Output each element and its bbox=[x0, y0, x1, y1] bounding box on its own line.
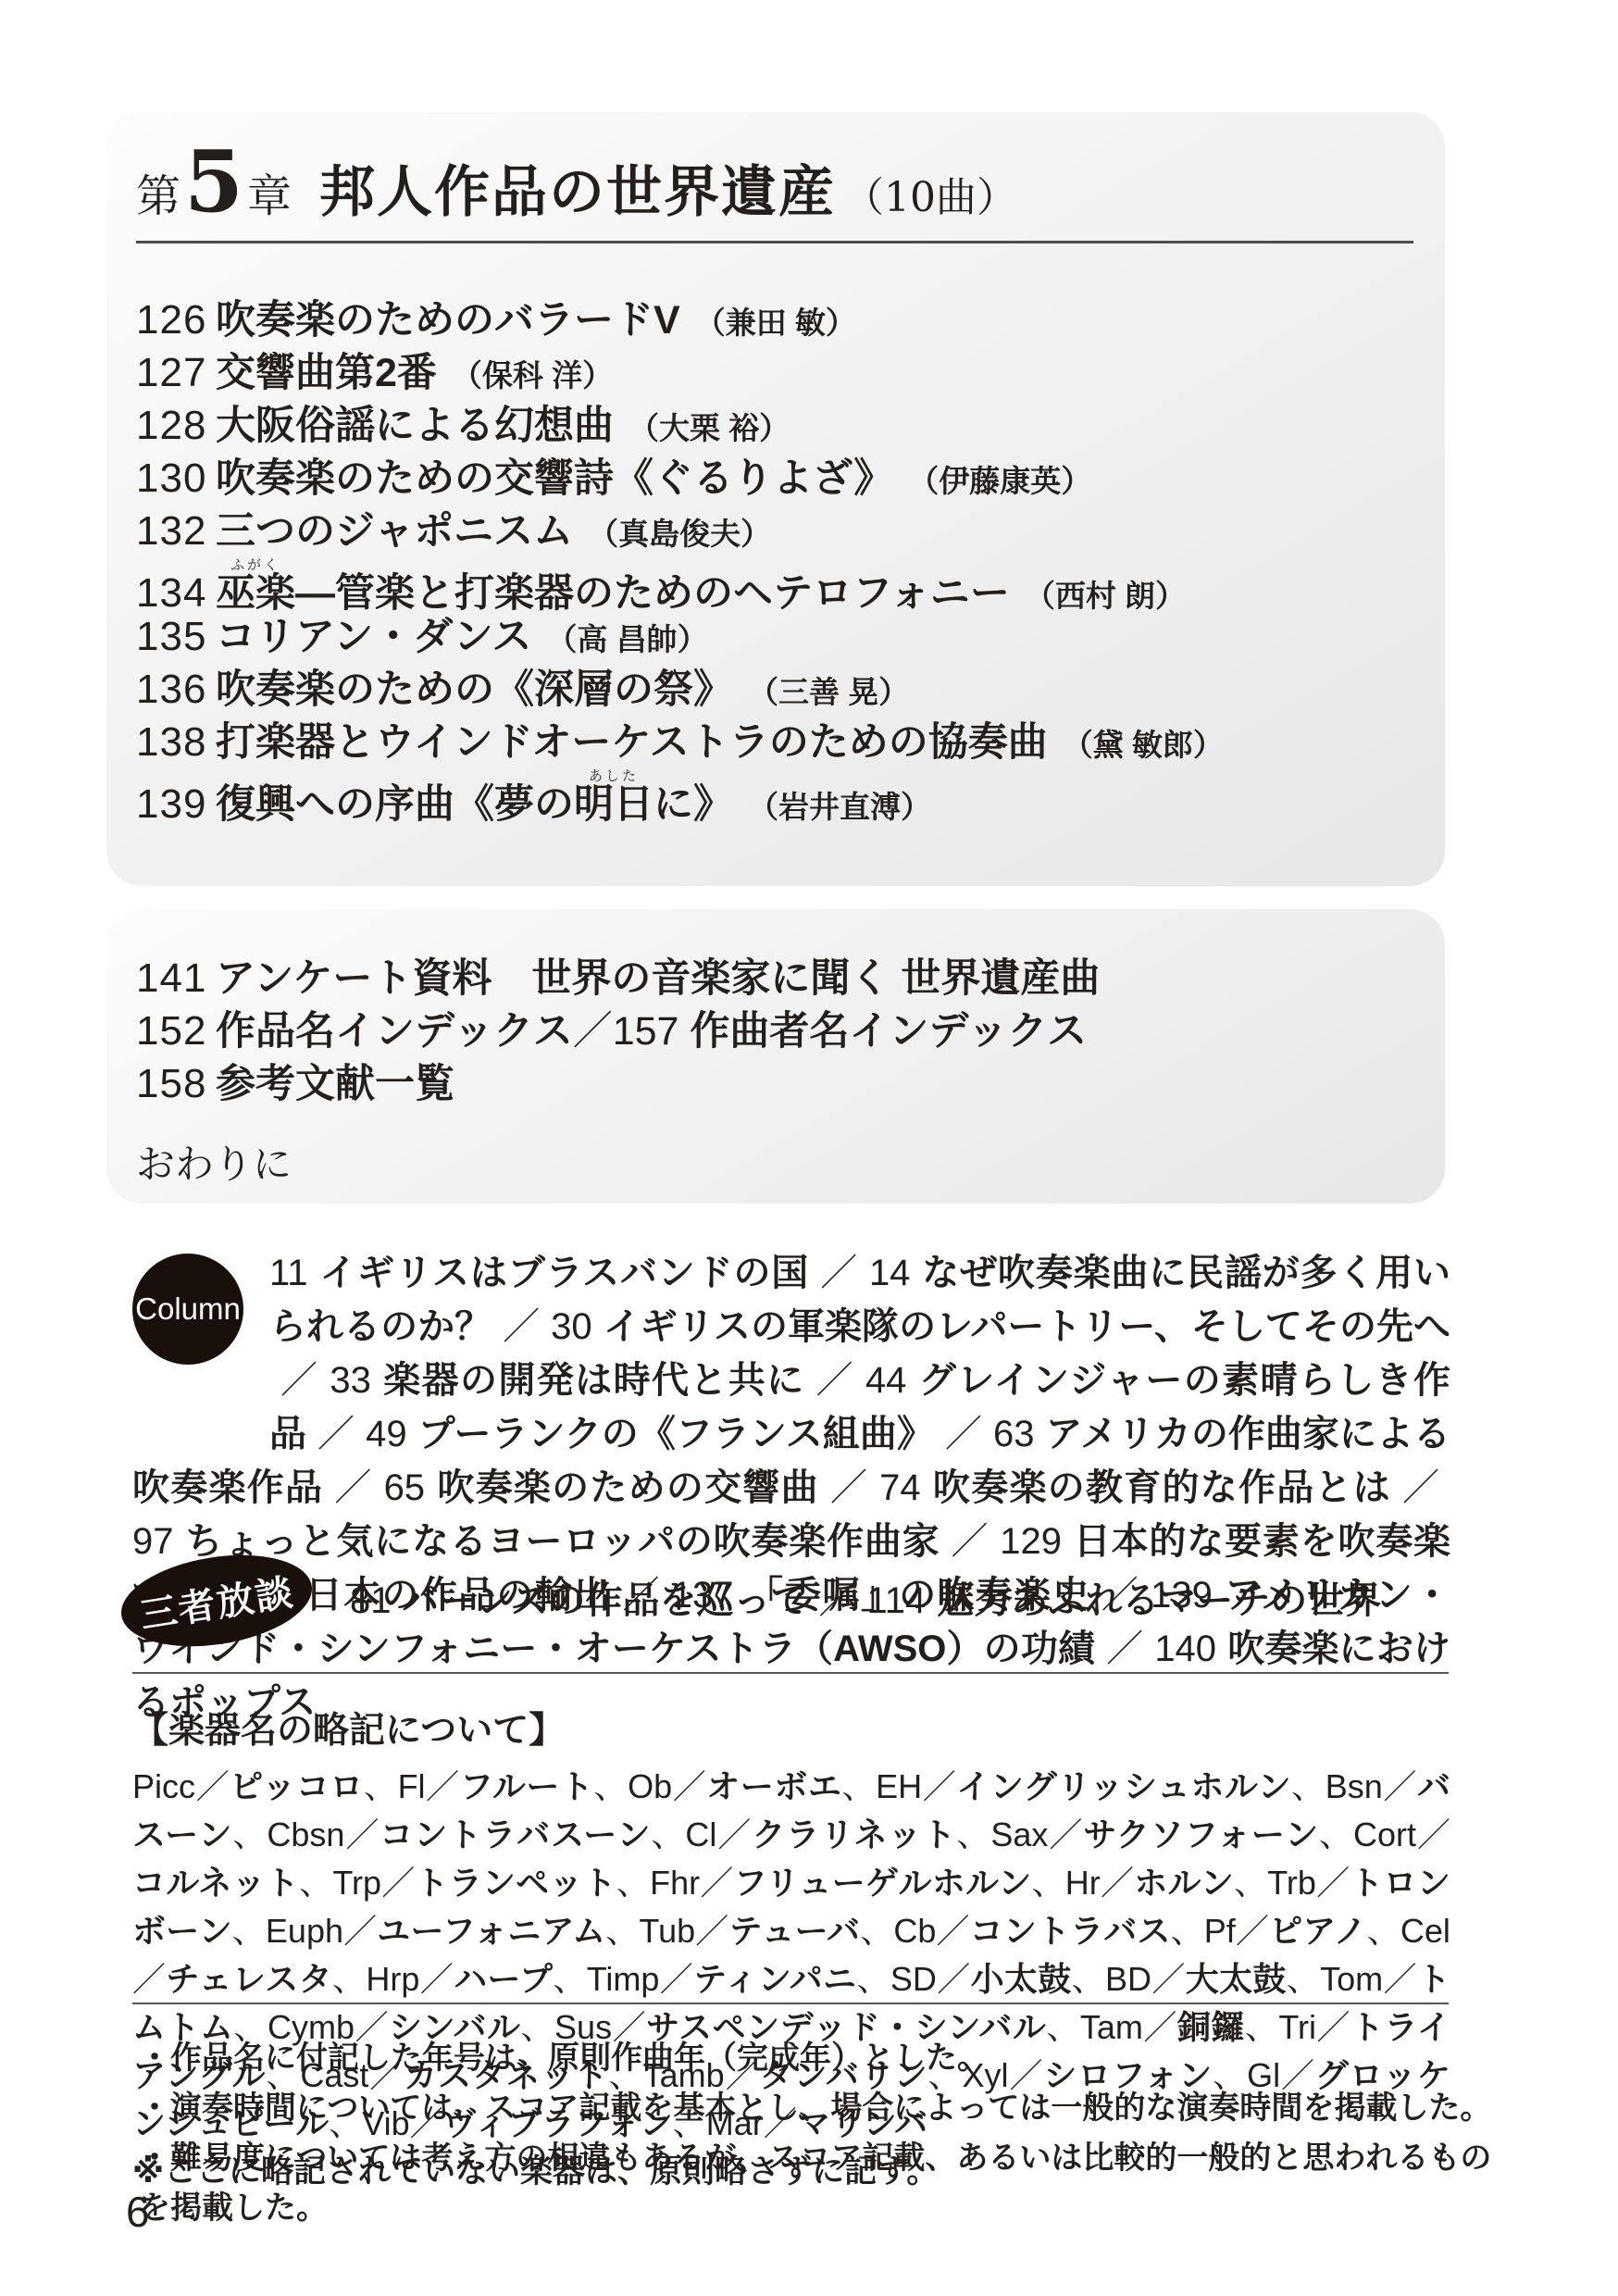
entry-separator: ／ bbox=[830, 1467, 868, 1508]
page-number: 6 bbox=[126, 2187, 150, 2237]
toc-composer: （西村 朗） bbox=[1025, 569, 1186, 622]
toc-title: 交響曲第2番 bbox=[216, 347, 437, 400]
abbreviation-pair: Ob／オーボエ bbox=[628, 1767, 841, 1805]
toc-page-number: 138 bbox=[136, 716, 216, 768]
toc-title-ruby: 巫楽ふがく bbox=[216, 571, 295, 616]
abbr-code: Fl bbox=[398, 1767, 426, 1805]
comma-separator: 、 bbox=[1319, 1816, 1353, 1853]
column-section: Column 11イギリスはブラスバンドの国／14なぜ吹奏楽曲に民謡が多く用いら… bbox=[132, 1246, 1450, 1729]
sansha-entries: 81バーンズの作品を巡って／114魅力あふれるマーチの世界 bbox=[350, 1574, 1381, 1628]
entry-page-number: 11 bbox=[269, 1253, 308, 1293]
entry-page-number: 74 bbox=[879, 1467, 921, 1508]
toc-item: 126 吹奏楽のためのバラードV （兼田 敏） bbox=[136, 293, 1413, 346]
toc-item: 138 打楽器とウインドオーケストラのための協奏曲 （黛 敏郎） bbox=[136, 716, 1413, 768]
toc-composer: （伊藤康英） bbox=[908, 455, 1091, 507]
toc-page-number: 141 bbox=[136, 952, 216, 1004]
toc-item: 139 復興への序曲《夢の明日あしたに》 （岩井直溥） bbox=[136, 768, 1413, 821]
abbreviation-pair: Tub／テューバ bbox=[639, 1912, 860, 1950]
abbr-name: イングリッシュホルン bbox=[956, 1767, 1291, 1805]
slash-separator: ／ bbox=[1151, 1960, 1186, 1998]
toc-page-number: 127 bbox=[136, 346, 216, 399]
toc-title: 参考文献一覧 bbox=[216, 1058, 454, 1111]
comma-separator: 、 bbox=[1367, 1912, 1400, 1950]
toc-composer: （大栗 裕） bbox=[629, 402, 790, 455]
slash-separator: ／ bbox=[672, 1767, 706, 1805]
slash-separator: ／ bbox=[1383, 1960, 1417, 1998]
abbr-code: Fhr bbox=[650, 1864, 700, 1902]
toc-item: 136 吹奏楽のための《深層の祭》 （三善 晃） bbox=[136, 663, 1413, 716]
abbr-code: Picc bbox=[132, 1767, 195, 1805]
toc-item: 134 巫楽ふがく―管楽と打楽器のためのヘテロフォニー （西村 朗） bbox=[136, 557, 1413, 610]
toc-composer: （高 昌帥） bbox=[546, 613, 707, 666]
slash-separator: ／ bbox=[922, 1767, 956, 1805]
toc-item: 127 交響曲第2番 （保科 洋） bbox=[136, 346, 1413, 399]
note-line: ・作品名に付記した年号は、原則作曲年（完成年）とした。 bbox=[139, 2033, 1509, 2083]
abbr-code: Trb bbox=[1267, 1864, 1316, 1902]
entry-title: 魅力あふれるマーチの世界 bbox=[937, 1580, 1381, 1621]
entry-separator: ／ bbox=[951, 1521, 989, 1562]
comma-separator: 、 bbox=[232, 1912, 266, 1950]
toc-item: 132 三つのジャポニスム （真島俊夫） bbox=[136, 505, 1413, 557]
toc-title: 吹奏楽のための交響詩《ぐるりよざ》 bbox=[216, 453, 893, 505]
slash-separator: ／ bbox=[695, 1912, 728, 1950]
entry-page-number: 44 bbox=[865, 1360, 907, 1401]
toc-page-number: 136 bbox=[136, 663, 216, 716]
entry-page-number: 81 bbox=[350, 1580, 392, 1621]
chapter-suffix: 章 bbox=[247, 160, 292, 224]
comma-separator: 、 bbox=[1291, 1767, 1326, 1805]
abbr-name: ハープ bbox=[454, 1960, 553, 1998]
chapter-song-count: （10曲） bbox=[843, 164, 1017, 223]
toc-item: 152 作品名インデックス／157 作曲者名インデックス bbox=[136, 1004, 1413, 1057]
comma-separator: 、 bbox=[299, 1864, 332, 1902]
entry-title: イギリスの軍楽隊のレパートリー、そしてその先へ bbox=[604, 1306, 1450, 1347]
slash-separator: ／ bbox=[573, 1009, 613, 1054]
book-toc-page: { "chapter": { "prefix": "第", "number": … bbox=[0, 0, 1618, 2296]
slash-separator: ／ bbox=[1416, 1816, 1450, 1853]
column-entry: 65吹奏楽のための交響曲 bbox=[384, 1467, 819, 1508]
slash-separator: ／ bbox=[1101, 1864, 1134, 1902]
entry-page-number: 63 bbox=[993, 1414, 1035, 1454]
sansha-entry: 81バーンズの作品を巡って bbox=[350, 1580, 808, 1621]
abbreviation-pair: Cl／クラリネット bbox=[685, 1816, 956, 1853]
abbr-code: Cl bbox=[685, 1816, 716, 1853]
toc-item: 141 アンケート資料 世界の音楽家に聞く 世界遺産曲 bbox=[136, 952, 1413, 1004]
column-entry: 30イギリスの軍楽隊のレパートリー、そしてその先へ bbox=[551, 1306, 1450, 1347]
sansha-hodan-badge: 三者放談 bbox=[115, 1542, 318, 1658]
slash-separator: ／ bbox=[132, 1960, 166, 1998]
column-entry: 74吹奏楽の教育的な作品とは bbox=[879, 1467, 1391, 1508]
comma-separator: 、 bbox=[1234, 1864, 1267, 1902]
toc-title: 復興への序曲《夢の明日あしたに》 bbox=[216, 768, 733, 831]
toc-title: 吹奏楽のための《深層の祭》 bbox=[216, 664, 733, 717]
abbr-code: Hrp bbox=[366, 1960, 419, 1998]
comma-separator: 、 bbox=[553, 1960, 586, 1998]
entry-page-number: 30 bbox=[551, 1306, 592, 1347]
entry-title: 吹奏楽のための交響曲 bbox=[436, 1467, 819, 1508]
abbr-code: Tom bbox=[1320, 1960, 1383, 1998]
entry-title: プーランクの《フランス組曲》 bbox=[418, 1414, 934, 1454]
comma-separator: 、 bbox=[364, 1767, 398, 1805]
toc-page-number: 132 bbox=[136, 505, 216, 557]
notes-section: ・作品名に付記した年号は、原則作曲年（完成年）とした。 ・演奏時間については、ス… bbox=[139, 2033, 1509, 2233]
entry-title: 楽器の開発は時代と共に bbox=[382, 1360, 805, 1401]
entry-page-number: 33 bbox=[330, 1360, 371, 1401]
abbr-code: Pf bbox=[1204, 1912, 1236, 1950]
slash-separator: ／ bbox=[381, 1864, 415, 1902]
abbr-code: Cort bbox=[1353, 1816, 1416, 1853]
toc-page-number: 130 bbox=[136, 452, 216, 505]
abbreviation-pair: Cb／コントラバス bbox=[893, 1912, 1170, 1950]
abbr-name: クラリネット bbox=[752, 1816, 956, 1853]
abbr-name: トランペット bbox=[415, 1864, 616, 1902]
entry-title: バーンズの作品を巡って bbox=[403, 1580, 808, 1621]
toc-composer: （兼田 敏） bbox=[695, 296, 856, 349]
comma-separator: 、 bbox=[1287, 1960, 1320, 1998]
abbr-code: Cbsn bbox=[267, 1816, 344, 1853]
entry-separator: ／ bbox=[820, 1253, 858, 1293]
column-entries: 11イギリスはブラスバンドの国／14なぜ吹奏楽曲に民謡が多く用いられるのか？／3… bbox=[132, 1246, 1450, 1729]
comma-separator: 、 bbox=[594, 1767, 629, 1805]
sansha-hodan-section: 三者放談 81バーンズの作品を巡って／114魅力あふれるマーチの世界 bbox=[120, 1557, 1444, 1644]
abbr-name: テューバ bbox=[728, 1912, 860, 1950]
abbreviation-pair: Euph／ユーフォニアム bbox=[266, 1912, 605, 1950]
section-rule-top bbox=[132, 1672, 1449, 1674]
chapter-prefix: 第 bbox=[136, 160, 180, 224]
note-line: ・難易度については考え方の相違もあるが、スコア記載、あるいは比較的一般的と思われ… bbox=[139, 2133, 1509, 2233]
toc-title: 大阪俗謡による幻想曲 bbox=[216, 400, 614, 453]
toc-item: 158 参考文献一覧 bbox=[136, 1057, 1413, 1110]
abbr-code: EH bbox=[876, 1767, 922, 1805]
toc-page-number: 152 bbox=[136, 1004, 216, 1057]
toc-title: 打楽器とウインドオーケストラのための協奏曲 bbox=[216, 717, 1048, 769]
abbr-name: ピッコロ bbox=[230, 1767, 364, 1805]
abbreviation-heading: 【楽器名の略記について】 bbox=[132, 1702, 1450, 1753]
toc-item: 130 吹奏楽のための交響詩《ぐるりよざ》 （伊藤康英） bbox=[136, 452, 1413, 505]
abbreviation-pair: Trp／トランペット bbox=[332, 1864, 616, 1902]
abbreviation-pair: BD／大太鼓 bbox=[1105, 1960, 1287, 1998]
comma-separator: 、 bbox=[1072, 1960, 1105, 1998]
entry-title: ちょっと気になるヨーロッパの吹奏楽作曲家 bbox=[185, 1521, 940, 1562]
abbr-code: Trp bbox=[332, 1864, 381, 1902]
abbr-code: Ob bbox=[628, 1767, 672, 1805]
abbreviation-pair: Pf／ピアノ bbox=[1204, 1912, 1367, 1950]
toc-page-number: 157 bbox=[613, 1009, 679, 1054]
abbr-code: Timp bbox=[587, 1960, 660, 1998]
abbr-name: コントラバスーン bbox=[380, 1816, 651, 1853]
slash-separator: ／ bbox=[700, 1864, 733, 1902]
slash-separator: ／ bbox=[1383, 1767, 1417, 1805]
abbr-code: Sax bbox=[990, 1816, 1048, 1853]
abbreviation-pair: Fhr／フリューゲルホルン bbox=[650, 1864, 1031, 1902]
comma-separator: 、 bbox=[651, 1816, 685, 1853]
toc-title: 吹奏楽のためのバラードV bbox=[216, 294, 680, 347]
abbreviation-pair: Fl／フルート bbox=[398, 1767, 594, 1805]
abbr-name: 小太鼓 bbox=[971, 1960, 1072, 1998]
abbr-name: 大太鼓 bbox=[1186, 1960, 1287, 1998]
toc-title-ruby: 明日あした bbox=[574, 782, 653, 827]
abbr-name: フリューゲルホルン bbox=[734, 1864, 1032, 1902]
toc-title: 作品名インデックス／157 作曲者名インデックス bbox=[216, 1005, 1087, 1058]
chapter-heading: 第 5 章 邦人作品の世界遺産 （10曲） bbox=[136, 143, 1413, 228]
comma-separator: 、 bbox=[332, 1960, 366, 1998]
column-entry: 49プーランクの《フランス組曲》 bbox=[366, 1414, 934, 1454]
abbr-code: Hr bbox=[1065, 1864, 1101, 1902]
entry-page-number: 114 bbox=[867, 1580, 927, 1621]
heading-rule bbox=[136, 241, 1413, 243]
slash-separator: ／ bbox=[1048, 1816, 1083, 1853]
chapter5-card: 第 5 章 邦人作品の世界遺産 （10曲） 126 吹奏楽のためのバラードV （… bbox=[106, 112, 1445, 886]
toc-composer: （保科 洋） bbox=[452, 349, 613, 402]
comma-separator: 、 bbox=[1171, 1912, 1204, 1950]
comma-separator: 、 bbox=[616, 1864, 650, 1902]
abbr-code: Cb bbox=[893, 1912, 936, 1950]
chapter-title: 邦人作品の世界遺産 bbox=[319, 148, 836, 228]
entry-title: イギリスはブラスバンドの国 bbox=[319, 1253, 810, 1293]
entry-separator: ／ bbox=[334, 1467, 372, 1508]
column-badge: Column bbox=[132, 1254, 243, 1365]
entry-page-number: 14 bbox=[869, 1253, 911, 1293]
abbr-code: Bsn bbox=[1326, 1767, 1383, 1805]
section-rule-bottom bbox=[132, 2003, 1449, 2004]
toc-title: アンケート資料 世界の音楽家に聞く 世界遺産曲 bbox=[216, 953, 1100, 1005]
entry-separator: ／ bbox=[1402, 1467, 1439, 1508]
slash-separator: ／ bbox=[936, 1912, 969, 1950]
abbreviation-pair: Timp／ティンパニ bbox=[587, 1960, 857, 1998]
comma-separator: 、 bbox=[232, 1816, 267, 1853]
abbreviation-pair: Picc／ピッコロ bbox=[132, 1767, 364, 1805]
entry-title: 吹奏楽の教育的な作品とは bbox=[932, 1467, 1391, 1508]
column-entry: 11イギリスはブラスバンドの国 bbox=[269, 1253, 809, 1293]
comma-separator: 、 bbox=[605, 1912, 639, 1950]
toc-title: コリアン・ダンス bbox=[216, 611, 531, 664]
entry-separator: ／ bbox=[280, 1360, 318, 1401]
abbr-name: ピアノ bbox=[1269, 1912, 1367, 1950]
abbr-name: コントラバス bbox=[970, 1912, 1171, 1950]
toc-page-number: 158 bbox=[136, 1057, 216, 1110]
comma-separator: 、 bbox=[856, 1960, 890, 1998]
abbr-name: ティンパニ bbox=[693, 1960, 856, 1998]
toc-composer: （真島俊夫） bbox=[588, 507, 771, 560]
entry-page-number: 97 bbox=[132, 1521, 174, 1562]
comma-separator: 、 bbox=[842, 1767, 877, 1805]
slash-separator: ／ bbox=[1236, 1912, 1269, 1950]
comma-separator: 、 bbox=[1032, 1864, 1065, 1902]
abbreviation-pair: SD／小太鼓 bbox=[890, 1960, 1072, 1998]
slash-separator: ／ bbox=[343, 1912, 377, 1950]
note-line: ・演奏時間については、スコア記載を基本とし、場合によっては一般的な演奏時間を掲載… bbox=[139, 2083, 1509, 2133]
back-matter-card: 141 アンケート資料 世界の音楽家に聞く 世界遺産曲 152 作品名インデック… bbox=[106, 909, 1445, 1204]
sansha-entry: 114魅力あふれるマーチの世界 bbox=[867, 1580, 1382, 1621]
abbr-name: チェレスタ bbox=[166, 1960, 332, 1998]
abbr-name: ホルン bbox=[1134, 1864, 1234, 1902]
entry-separator: ／ bbox=[945, 1414, 982, 1454]
slash-separator: ／ bbox=[937, 1960, 971, 1998]
abbr-name: コルネット bbox=[132, 1864, 299, 1902]
entry-separator: ／ bbox=[317, 1414, 355, 1454]
abbr-name: ユーフォニアム bbox=[377, 1912, 605, 1950]
abbreviation-pair: EH／イングリッシュホルン bbox=[876, 1767, 1291, 1805]
abbreviation-pair: Hrp／ハープ bbox=[366, 1960, 553, 1998]
slash-separator: ／ bbox=[344, 1816, 380, 1853]
slash-separator: ／ bbox=[419, 1960, 454, 1998]
slash-separator: ／ bbox=[659, 1960, 693, 1998]
slash-separator: ／ bbox=[1316, 1864, 1350, 1902]
chapter5-toc-list: 126 吹奏楽のためのバラードV （兼田 敏） 127 交響曲第2番 （保科 洋… bbox=[136, 293, 1413, 821]
abbr-code: Tub bbox=[639, 1912, 695, 1950]
abbreviation-pair: Cbsn／コントラバスーン bbox=[267, 1816, 651, 1853]
entry-page-number: 65 bbox=[384, 1467, 426, 1508]
entry-separator: ／ bbox=[819, 1580, 856, 1621]
abbr-name: フルート bbox=[460, 1767, 594, 1805]
slash-separator: ／ bbox=[716, 1816, 752, 1853]
toc-composer: （黛 敏郎） bbox=[1063, 718, 1224, 771]
toc-page-number: 139 bbox=[136, 778, 216, 830]
entry-page-number: 129 bbox=[1000, 1521, 1062, 1562]
abbr-code: BD bbox=[1105, 1960, 1151, 1998]
toc-composer: （三善 晃） bbox=[748, 666, 909, 718]
entry-separator: ／ bbox=[503, 1306, 540, 1347]
abbr-code: SD bbox=[890, 1960, 937, 1998]
entry-page-number: 49 bbox=[366, 1414, 407, 1454]
entry-separator: ／ bbox=[816, 1360, 854, 1401]
abbreviation-pair: Sax／サクソフォーン bbox=[990, 1816, 1319, 1853]
abbreviation-pair: Hr／ホルン bbox=[1065, 1864, 1234, 1902]
toc-page-number: 126 bbox=[136, 293, 216, 346]
abbr-code: Euph bbox=[266, 1912, 343, 1950]
abbr-code: Cel bbox=[1400, 1912, 1450, 1950]
column-entry: 33楽器の開発は時代と共に bbox=[330, 1360, 804, 1401]
toc-composer: （岩井直溥） bbox=[748, 780, 931, 833]
toc-title: 三つのジャポニスム bbox=[216, 505, 573, 558]
abbr-name: サクソフォーン bbox=[1083, 1816, 1319, 1853]
toc-page-number: 135 bbox=[136, 610, 216, 663]
comma-separator: 、 bbox=[956, 1816, 990, 1853]
toc-page-number: 128 bbox=[136, 399, 216, 452]
slash-separator: ／ bbox=[426, 1767, 460, 1805]
closing-label: おわりに bbox=[136, 1138, 1413, 1191]
comma-separator: 、 bbox=[860, 1912, 893, 1950]
slash-separator: ／ bbox=[195, 1767, 230, 1805]
toc-item: 128 大阪俗謡による幻想曲 （大栗 裕） bbox=[136, 399, 1413, 452]
chapter-number: 5 bbox=[184, 143, 243, 220]
abbr-name: オーボエ bbox=[706, 1767, 841, 1805]
